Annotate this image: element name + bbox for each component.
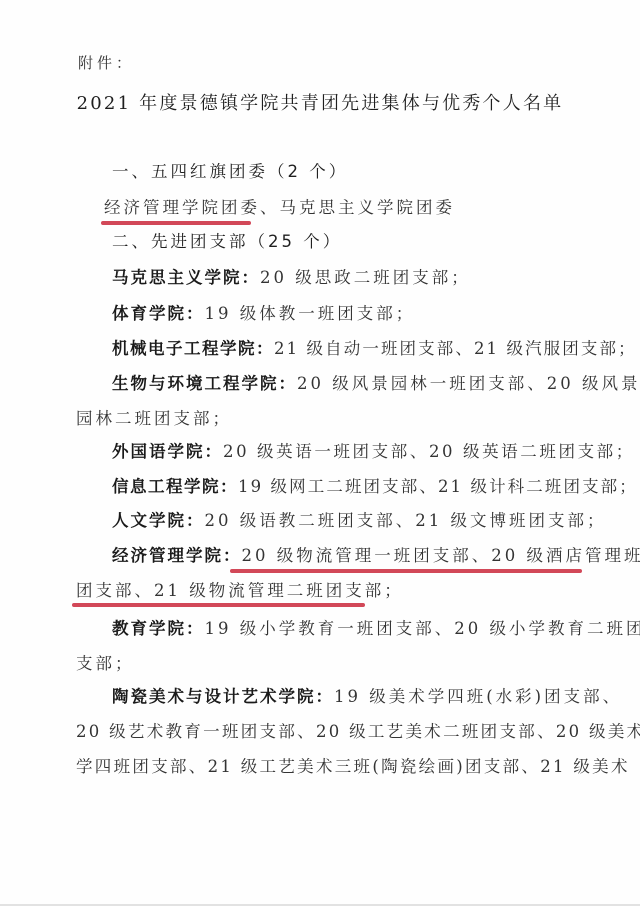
attachment-label: 附件： [78, 52, 135, 74]
red-underline-annotation [72, 603, 365, 607]
college-name: 外国语学院： [112, 442, 223, 461]
college-name: 人文学院： [112, 511, 205, 530]
college-name: 信息工程学院： [112, 477, 238, 496]
college-name: 机械电子工程学院： [112, 339, 274, 358]
entry-econ-mgmt-cont: 团支部、21 级物流管理二班团支部； [76, 580, 404, 602]
section1-heading: 一、五四红旗团委（2 个） [112, 161, 348, 183]
entry-marxism: 马克思主义学院：20 级思政二班团支部； [112, 267, 471, 289]
units-text: 21 级自动一班团支部、21 级汽服团支部； [274, 339, 637, 358]
red-underline-annotation [101, 221, 251, 225]
red-underline-annotation [230, 569, 582, 573]
entry-sports: 体育学院：19 级体教一班团支部； [112, 303, 415, 325]
section2-heading: 二、先进团支部（25 个） [112, 231, 342, 253]
entry-info-eng: 信息工程学院：19 级网工二班团支部、21 级计科二班团支部； [112, 476, 638, 498]
document-title: 2021 年度景德镇学院共青团先进集体与优秀个人名单 [0, 93, 640, 115]
entry-bio-env-cont: 园林二班团支部； [76, 408, 232, 430]
college-name: 教育学院： [112, 619, 205, 638]
college-name: 马克思主义学院： [112, 268, 260, 287]
entry-education: 教育学院：19 级小学教育一班团支部、20 级小学教育二班团 [112, 618, 640, 640]
entry-ceramic-art: 陶瓷美术与设计艺术学院：19 级美术学四班(水彩)团支部、 [112, 686, 622, 708]
entry-ceramic-art-cont-2: 学四班团支部、21 级工艺美术三班(陶瓷绘画)团支部、21 级美术 [76, 756, 630, 778]
entry-mechatronics: 机械电子工程学院：21 级自动一班团支部、21 级汽服团支部； [112, 338, 637, 360]
units-text: 20 级风景园林一班团支部、20 级风景 [297, 374, 640, 393]
units-text: 19 级体教一班团支部； [205, 304, 416, 323]
college-name: 陶瓷美术与设计艺术学院： [112, 687, 334, 706]
college-name: 经济管理学院： [112, 546, 242, 565]
section1-line: 经济管理学院团委、马克思主义学院团委 [104, 197, 455, 219]
units-text: 19 级网工二班团支部、21 级计科二班团支部； [238, 477, 638, 496]
entry-humanities: 人文学院：20 级语教二班团支部、21 级文博班团支部； [112, 510, 606, 532]
units-text: 20 级语教二班团支部、21 级文博班团支部； [205, 511, 607, 530]
college-name: 体育学院： [112, 304, 205, 323]
units-text: 20 级思政二班团支部； [260, 268, 471, 287]
units-text: 20 级英语一班团支部、20 级英语二班团支部； [223, 442, 635, 461]
units-text: 19 级小学教育一班团支部、20 级小学教育二班团 [205, 619, 640, 638]
entry-bio-env: 生物与环境工程学院：20 级风景园林一班团支部、20 级风景 [112, 373, 640, 395]
units-text: 20 级物流管理一班团支部、20 级酒店管理班 [242, 546, 640, 565]
college-name: 生物与环境工程学院： [112, 374, 297, 393]
entry-foreign-lang: 外国语学院：20 级英语一班团支部、20 级英语二班团支部； [112, 441, 635, 463]
entry-econ-mgmt: 经济管理学院：20 级物流管理一班团支部、20 级酒店管理班 [112, 545, 640, 567]
document-page: 附件： 2021 年度景德镇学院共青团先进集体与优秀个人名单 一、五四红旗团委（… [0, 0, 640, 906]
units-text: 19 级美术学四班(水彩)团支部、 [334, 687, 622, 706]
entry-ceramic-art-cont-1: 20 级艺术教育一班团支部、20 级工艺美术二班团支部、20 级美术 [76, 721, 640, 743]
entry-education-cont: 支部； [76, 653, 135, 675]
